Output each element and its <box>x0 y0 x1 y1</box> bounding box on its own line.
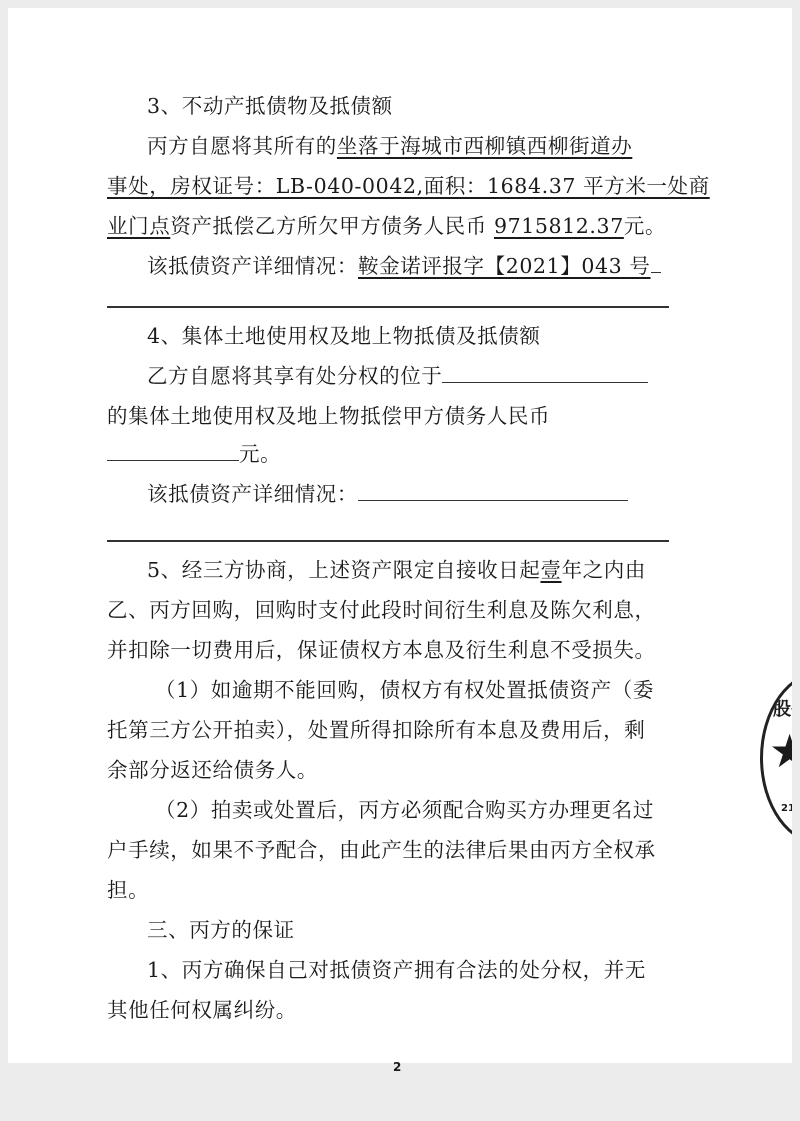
section3-paragraph-line3: 业门点资产抵偿乙方所欠甲方债务人民币 9715812.37元。 <box>107 212 666 240</box>
chapter3-item1-line1: 1、丙方确保自己对抵债资产拥有合法的处分权，并无 <box>147 956 646 984</box>
section3-text: 元。 <box>624 214 666 238</box>
amount-blank <box>107 440 239 461</box>
section4-detail-line: 该抵债资产详细情况： <box>147 480 628 508</box>
detail-label: 该抵债资产详细情况： <box>147 482 358 506</box>
section5-item2-line2: 户手续，如果不予配合，由此产生的法律后果由丙方全权承 <box>107 836 656 864</box>
section3-detail-line: 该抵债资产详细情况：鞍金诺评报字【2021】043 号 <box>147 252 661 280</box>
page-margin <box>792 0 800 1121</box>
section5-line1: 5、经三方协商，上述资产限定自接收日起壹年之内由 <box>147 556 646 584</box>
section5-item2-line3: 担。 <box>107 876 149 904</box>
property-certificate-area: 事处，房权证号：LB-040-0042,面积：1684.37 平方米一处商 <box>107 174 710 198</box>
blank-rule <box>107 306 669 308</box>
section3-paragraph-line1: 丙方自愿将其所有的坐落于海城市西柳镇西柳街道办 <box>147 132 632 160</box>
location-blank <box>442 362 648 383</box>
property-location: 坐落于海城市西柳镇西柳街道办 <box>337 134 632 158</box>
page-number: 2 <box>393 1060 401 1074</box>
detail-label: 该抵债资产详细情况： <box>147 254 358 278</box>
section3-text: 资产抵偿乙方所欠甲方债务人民币 <box>170 214 494 238</box>
section3-paragraph-line2: 事处，房权证号：LB-040-0042,面积：1684.37 平方米一处商 <box>107 172 710 200</box>
section5-line2: 乙、丙方回购，回购时支付此段时间衍生利息及陈欠利息， <box>107 596 656 624</box>
buyback-term: 壹 <box>540 558 561 582</box>
property-type: 业门点 <box>107 214 170 238</box>
blank-rule <box>107 540 669 542</box>
blank-line <box>651 252 661 273</box>
section5-text: 5、经三方协商，上述资产限定自接收日起 <box>147 558 540 582</box>
section5-item1-line1: （1）如逾期不能回购，债权方有权处置抵债资产（委 <box>155 676 654 704</box>
section5-text: 年之内由 <box>562 558 646 582</box>
section4-text: 元。 <box>239 442 281 466</box>
detail-blank <box>358 480 628 501</box>
debt-amount: 9715812.37 <box>494 214 624 238</box>
chapter3-heading: 三、丙方的保证 <box>147 916 295 944</box>
section4-paragraph-line2: 的集体土地使用权及地上物抵偿甲方债务人民币 <box>107 402 550 430</box>
document-page <box>8 8 792 1063</box>
section3-heading: 3、不动产抵债物及抵债额 <box>147 92 393 120</box>
section5-line3: 并扣除一切费用后，保证债权方本息及衍生利息不受损失。 <box>107 636 656 664</box>
section4-paragraph-line3: 元。 <box>107 440 281 468</box>
section4-text: 乙方自愿将其享有处分权的位于 <box>147 364 442 388</box>
section5-item2-line1: （2）拍卖或处置后，丙方必须配合购买方办理更名过 <box>155 796 654 824</box>
section4-paragraph-line1: 乙方自愿将其享有处分权的位于 <box>147 362 648 390</box>
section3-text: 丙方自愿将其所有的 <box>147 134 337 158</box>
section5-item1-line2: 托第三方公开拍卖），处置所得扣除所有本息及费用后，剩 <box>107 716 645 744</box>
section5-item1-line3: 余部分返还给债务人。 <box>107 756 318 784</box>
appraisal-report-number: 鞍金诺评报字【2021】043 号 <box>358 254 651 278</box>
section4-heading: 4、集体土地使用权及地上物抵债及抵债额 <box>147 322 540 350</box>
chapter3-item1-line2: 其他任何权属纠纷。 <box>107 996 297 1024</box>
